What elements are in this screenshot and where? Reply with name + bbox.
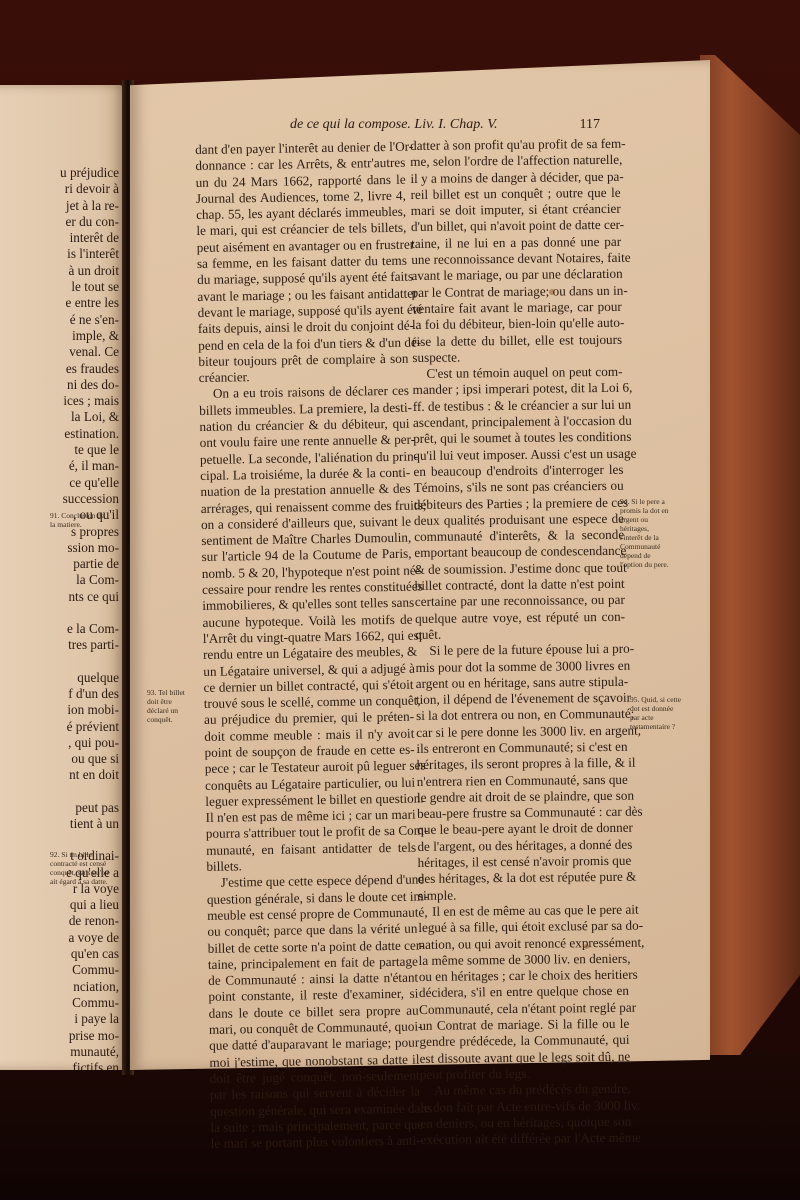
text-line: te que le bbox=[0, 442, 125, 458]
text-line: ssion mo- bbox=[0, 540, 125, 556]
text-line: quelque bbox=[0, 670, 125, 686]
text-line: me, selon l'ordre de l'affection naturel… bbox=[410, 152, 620, 170]
text-line: prêt, qui le soumet à toutes les conditi… bbox=[413, 429, 623, 447]
text-line: que le beau-pere ayant le droit de donne… bbox=[417, 820, 627, 838]
text-line bbox=[0, 654, 125, 670]
text-line: is l'interêt bbox=[0, 246, 125, 262]
text-line: munauté, bbox=[0, 1044, 125, 1060]
text-line: gendre prédécede, la Communauté, qui bbox=[419, 1032, 629, 1050]
text-line: si la dot entrera ou non, en Communauté; bbox=[416, 706, 626, 724]
text-line: qu'en cas bbox=[0, 946, 125, 962]
text-line: n'entrera rien en Communauté, sans que bbox=[417, 771, 627, 789]
text-line: ri devoir à bbox=[0, 181, 125, 197]
text-line: legué à sa fille, qui étoit exclusé par … bbox=[418, 918, 628, 936]
text-line: de renon- bbox=[0, 913, 125, 929]
book-page-edges bbox=[700, 55, 800, 1055]
text-line bbox=[0, 784, 125, 800]
text-line: é, il man- bbox=[0, 458, 125, 474]
text-line: interêt de bbox=[0, 230, 125, 246]
text-line: ion mobi- bbox=[0, 702, 125, 718]
text-line: jet à la re- bbox=[0, 198, 125, 214]
text-line: mis pour dot la somme de 3000 livres en bbox=[415, 657, 625, 675]
text-line: héritages, ils seront propres à la fille… bbox=[416, 755, 626, 773]
text-line: tres parti- bbox=[0, 637, 125, 653]
text-line: Commu- bbox=[0, 962, 125, 978]
text-line: emportant beaucoup de condescendance bbox=[414, 543, 624, 561]
running-head: de ce qui la compose. Liv. I. Chap. V. 1… bbox=[290, 117, 600, 133]
text-line: peut pas bbox=[0, 800, 125, 816]
text-line: imple, & bbox=[0, 328, 125, 344]
paper-stain bbox=[549, 289, 555, 295]
left-page: u préjudiceri devoir àjet à la re-er du … bbox=[0, 85, 125, 1070]
text-line: fictifs en bbox=[0, 1060, 125, 1070]
text-line: la foi du débiteur, bien-loin qu'elle au… bbox=[412, 315, 622, 333]
text-line: , qui pou- bbox=[0, 735, 125, 751]
left-page-text: u préjudiceri devoir àjet à la re-er du … bbox=[0, 165, 125, 1070]
text-line: partie de bbox=[0, 556, 125, 572]
text-line: d'un billet, qui n'avoit point de datte … bbox=[411, 217, 621, 235]
text-line: ou que si bbox=[0, 751, 125, 767]
text-line: à un droit bbox=[0, 263, 125, 279]
text-line: es fraudes bbox=[0, 361, 125, 377]
text-line: Commu- bbox=[0, 995, 125, 1011]
text-line bbox=[0, 605, 125, 621]
text-line: quelque autre voye, est réputé un con- bbox=[415, 608, 625, 626]
text-line: rise la dette du billet, elle est toujou… bbox=[412, 331, 622, 349]
text-line: exécution ait été différée par l'Acte mê… bbox=[420, 1130, 630, 1148]
text-line: le tout se bbox=[0, 279, 125, 295]
text-line: é ne s'en- bbox=[0, 312, 125, 328]
margin-note-91: 91. Conclusion de la matiere. bbox=[50, 511, 110, 529]
text-line: i paye la bbox=[0, 1011, 125, 1027]
text-line: qui a lieu bbox=[0, 897, 125, 913]
text-line: la Com- bbox=[0, 572, 125, 588]
text-line: Témoins, s'ils ne sont pas créanciers ou bbox=[414, 478, 624, 496]
text-line: débiteurs des Parties ; la premiere de c… bbox=[414, 494, 624, 512]
text-line: e entre les bbox=[0, 295, 125, 311]
text-line: Si le pere de la future épouse lui a pro… bbox=[415, 641, 625, 659]
text-line: ce qu'elle bbox=[0, 475, 125, 491]
text-line: nation, ou qui avoit renoncé expressémen… bbox=[418, 934, 628, 952]
text-line: estination. bbox=[0, 426, 125, 442]
margin-note-93: 93. Tel billet doit être déclaré un conq… bbox=[147, 688, 191, 724]
text-line: er du con- bbox=[0, 214, 125, 230]
text-line: nciation, bbox=[0, 979, 125, 995]
text-line: est dissoute avant que le legs soit dû, … bbox=[420, 1048, 630, 1066]
text-line: mander ; ipsi imperari potest, dit la Lo… bbox=[413, 380, 623, 398]
text-line: décidera, s'il en entre quelque chose en bbox=[419, 983, 629, 1001]
text-line: é prévient bbox=[0, 719, 125, 735]
text-line: nt en doit bbox=[0, 767, 125, 783]
text-line: prise mo- bbox=[0, 1028, 125, 1044]
running-head-title: de ce qui la compose. Liv. I. Chap. V. bbox=[290, 117, 498, 133]
margin-note-95: 95. Quid, si cette dot est donnée par ac… bbox=[630, 695, 682, 731]
text-line: f d'un des bbox=[0, 686, 125, 702]
text-line: a voye de bbox=[0, 930, 125, 946]
margin-note-92: 92. Si un billet contracté est censé con… bbox=[50, 850, 112, 886]
text-column-left: dant d'en payer l'interêt au denier de l… bbox=[195, 139, 421, 1153]
text-line bbox=[0, 832, 125, 848]
paper-stain bbox=[584, 944, 589, 949]
text-line: des héritages, & la dot est réputée pure… bbox=[418, 869, 628, 887]
text-line: u préjudice bbox=[0, 165, 125, 181]
text-line: succession bbox=[0, 491, 125, 507]
text-line: ices ; mais bbox=[0, 393, 125, 409]
text-line: tient à un bbox=[0, 816, 125, 832]
text-line: munauté, en faisant antidatter de tels bbox=[206, 839, 416, 859]
text-line: avant le mariage, ou par une déclaration bbox=[411, 266, 621, 284]
text-line: Au même cas du prédécès du gendre, bbox=[420, 1081, 630, 1099]
text-line: nts ce qui bbox=[0, 589, 125, 605]
text-line: venal. Ce bbox=[0, 344, 125, 360]
page-number: 117 bbox=[580, 117, 600, 133]
text-line: certaine par une reconnoissance, ou par bbox=[415, 592, 625, 610]
text-line: la Loi, & bbox=[0, 409, 125, 425]
margin-note-94: 94. Si le pere a promis la dot en argent… bbox=[620, 497, 672, 569]
text-line: e la Com- bbox=[0, 621, 125, 637]
text-line: ni des do- bbox=[0, 377, 125, 393]
text-column-right: datter à son profit qu'au profit de sa f… bbox=[410, 136, 631, 1149]
text-line: le mari se portant plus volontiers à ant… bbox=[211, 1133, 421, 1153]
text-line: le don fait par Acte entre-vifs de 3000 … bbox=[420, 1097, 630, 1115]
